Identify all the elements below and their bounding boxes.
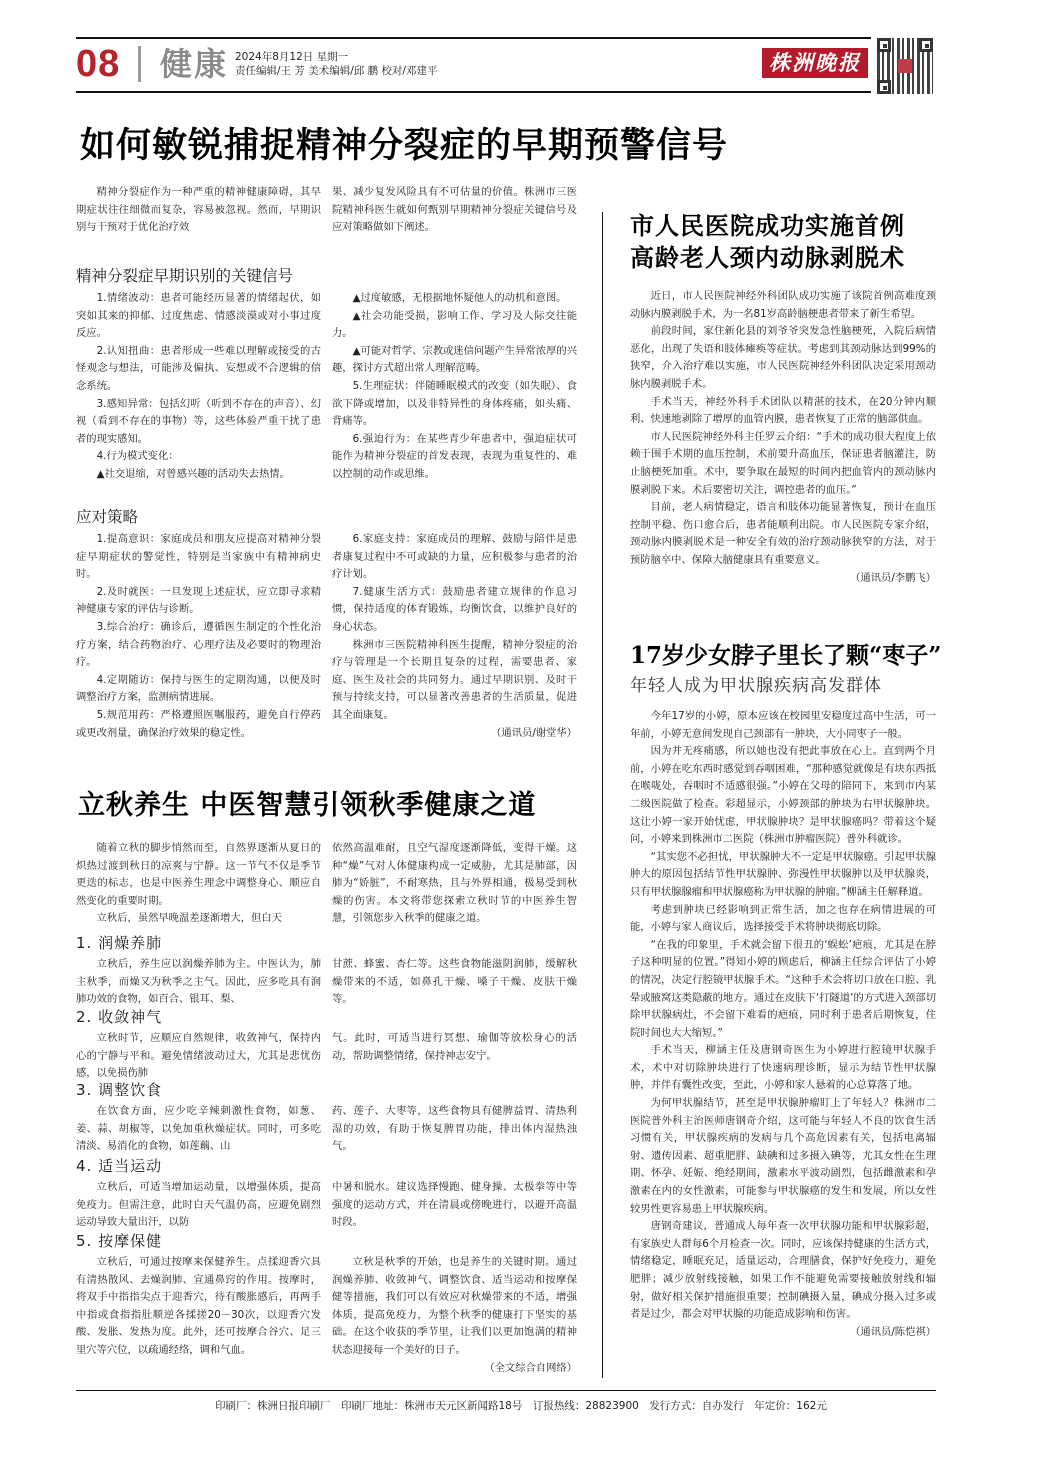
date-line: 2024年8月12日 星期一 (235, 50, 437, 64)
article3-body: 近日，市人民医院神经外科团队成功实施了该院首例高难度颈动脉内膜剥脱手术，为一名8… (630, 288, 936, 587)
article-title-autumn: 立秋养生 中医智慧引领秋季健康之道 (78, 788, 536, 824)
editors-line: 责任编辑/王 芳 美术编辑/邱 鹏 校对/邓建平 (235, 64, 437, 78)
qr-code-icon[interactable] (877, 38, 933, 94)
signals-left-column: 1.情绪波动：患者可能经历显著的情绪起伏，如突如其来的抑郁、过度焦虑、情感淡漠或… (76, 290, 321, 484)
section-heading-strategies: 应对策略 (76, 506, 138, 528)
subsection-2-right: 气。此时，可适当进行冥想、瑜伽等放松身心的活动，帮助调整情绪，保持神志安宁。 (332, 1030, 577, 1065)
article2-intro-right: 依然高温难耐，且空气湿度逐渐降低，变得干燥。这种“燥”气对人体健康构成一定威胁，… (332, 840, 577, 928)
header-bottom-rule (76, 91, 871, 93)
page-number: 08 (76, 44, 120, 84)
article2-intro-left: 随着立秋的脚步悄然而至，自然界逐渐从夏日的炽热过渡到秋日的凉爽与宁静。这一节气不… (76, 840, 321, 928)
byline: （通讯员/李鹏飞） (630, 570, 936, 588)
article-title-hospital: 市人民医院成功实施首例 高龄老人颈内动脉剥脱术 (630, 210, 905, 274)
strategies-right-column: 6.家庭支持：家庭成员的理解、鼓励与陪伴是患者康复过程中不可或缺的力量，应积极参… (332, 531, 577, 742)
article-title-schizophrenia: 如何敏锐捕捉精神分裂症的早期预警信号 (80, 122, 728, 170)
header-meta: 2024年8月12日 星期一 责任编辑/王 芳 美术编辑/邱 鹏 校对/邓建平 (235, 50, 437, 78)
signals-right-column: ▲过度敏感，无根据地怀疑他人的动机和意图。 ▲社会功能受损，影响工作、学习及人际… (332, 290, 577, 484)
subsection-heading-5: 5. 按摩保健 (76, 1231, 162, 1251)
subsection-1-left: 立秋后，养生应以润燥养肺为主。中医认为，肺主秋季，而燥又为秋季之主气。因此，应多… (76, 956, 321, 1009)
article1-intro-right: 果、减少复发风险具有不可估量的价值。株洲市三医院精神科医生就如何甄别早期精神分裂… (332, 184, 577, 237)
subsection-heading-3: 3. 调整饮食 (76, 1080, 162, 1100)
title-line-1: 市人民医院成功实施首例 (630, 210, 905, 242)
article-title-thyroid: 17岁少女脖子里长了颗“枣子” (630, 640, 941, 672)
subsection-5-right: 立秋是秋季的开始，也是养生的关键时期。通过润燥养肺、收敛神气、调整饮食、适当运动… (332, 1254, 577, 1377)
byline: （通讯员/谢堂华） (332, 725, 577, 743)
footer-rule (76, 1390, 936, 1391)
column-separator (602, 212, 603, 1378)
subsection-3-right: 药、莲子、大枣等，这些食物具有健脾益胃、清热利湿的功效，有助于恢复脾胃功能，排出… (332, 1103, 577, 1156)
header-divider (138, 46, 141, 82)
section-name: 健康 (160, 44, 228, 84)
subsection-4-left: 立秋后，可适当增加运动量，以增强体质，提高免疫力。但需注意，此时白天气温仍高，应… (76, 1179, 321, 1232)
subsection-5-left: 立秋后，可通过按摩来保健养生。点揉迎香穴具有清热散风、去燥润肺、宣通鼻窍的作用。… (76, 1254, 321, 1360)
title-line-2: 高龄老人颈内动脉剥脱术 (630, 242, 905, 274)
article4-body: 今年17岁的小婷，原本应该在校园里安稳度过高中生活，可一年前，小婷无意间发现自己… (630, 708, 936, 1341)
subsection-heading-1: 1. 润燥养肺 (76, 933, 162, 953)
header-top-rule (76, 37, 871, 39)
footer-print-info: 印刷厂：株洲日报印刷厂 印刷厂地址：株洲市天元区新闻路18号 订报热线：2882… (215, 1398, 827, 1413)
subsection-3-left: 在饮食方面，应少吃辛辣刺激性食物，如葱、姜、蒜、胡椒等，以免加重秋燥症状。同时，… (76, 1103, 321, 1156)
subsection-1-right: 甘蔗、蜂蜜、杏仁等。这些食物能滋阴润肺，缓解秋燥带来的不适，如鼻孔干燥、嗓子干燥… (332, 956, 577, 1009)
strategies-left-column: 1.提高意识：家庭成员和朋友应提高对精神分裂症早期症状的警觉性，特别是当家族中有… (76, 531, 321, 742)
section-heading-key-signals: 精神分裂症早期识别的关键信号 (76, 265, 293, 287)
byline: （通讯员/陈恺祺） (630, 1324, 936, 1342)
byline: （全文综合自网络） (332, 1360, 577, 1378)
subsection-4-right: 中暑和脱水。建议选择慢跑、健身操、太极拳等中等强度的运动方式，并在清晨或傍晚进行… (332, 1179, 577, 1232)
article1-intro-left: 精神分裂症作为一种严重的精神健康障碍，其早期症状往往细微而复杂，容易被忽视。然而… (76, 184, 321, 237)
article-subtitle-thyroid: 年轻人成为甲状腺疾病高发群体 (630, 674, 882, 698)
newspaper-logo: 株洲晚报 (762, 48, 868, 78)
subsection-2-left: 立秋时节，应顺应自然规律，收敛神气，保持内心的宁静与平和。避免情绪波动过大，尤其… (76, 1030, 321, 1083)
subsection-heading-4: 4. 适当运动 (76, 1156, 162, 1176)
subsection-heading-2: 2. 收敛神气 (76, 1007, 162, 1027)
